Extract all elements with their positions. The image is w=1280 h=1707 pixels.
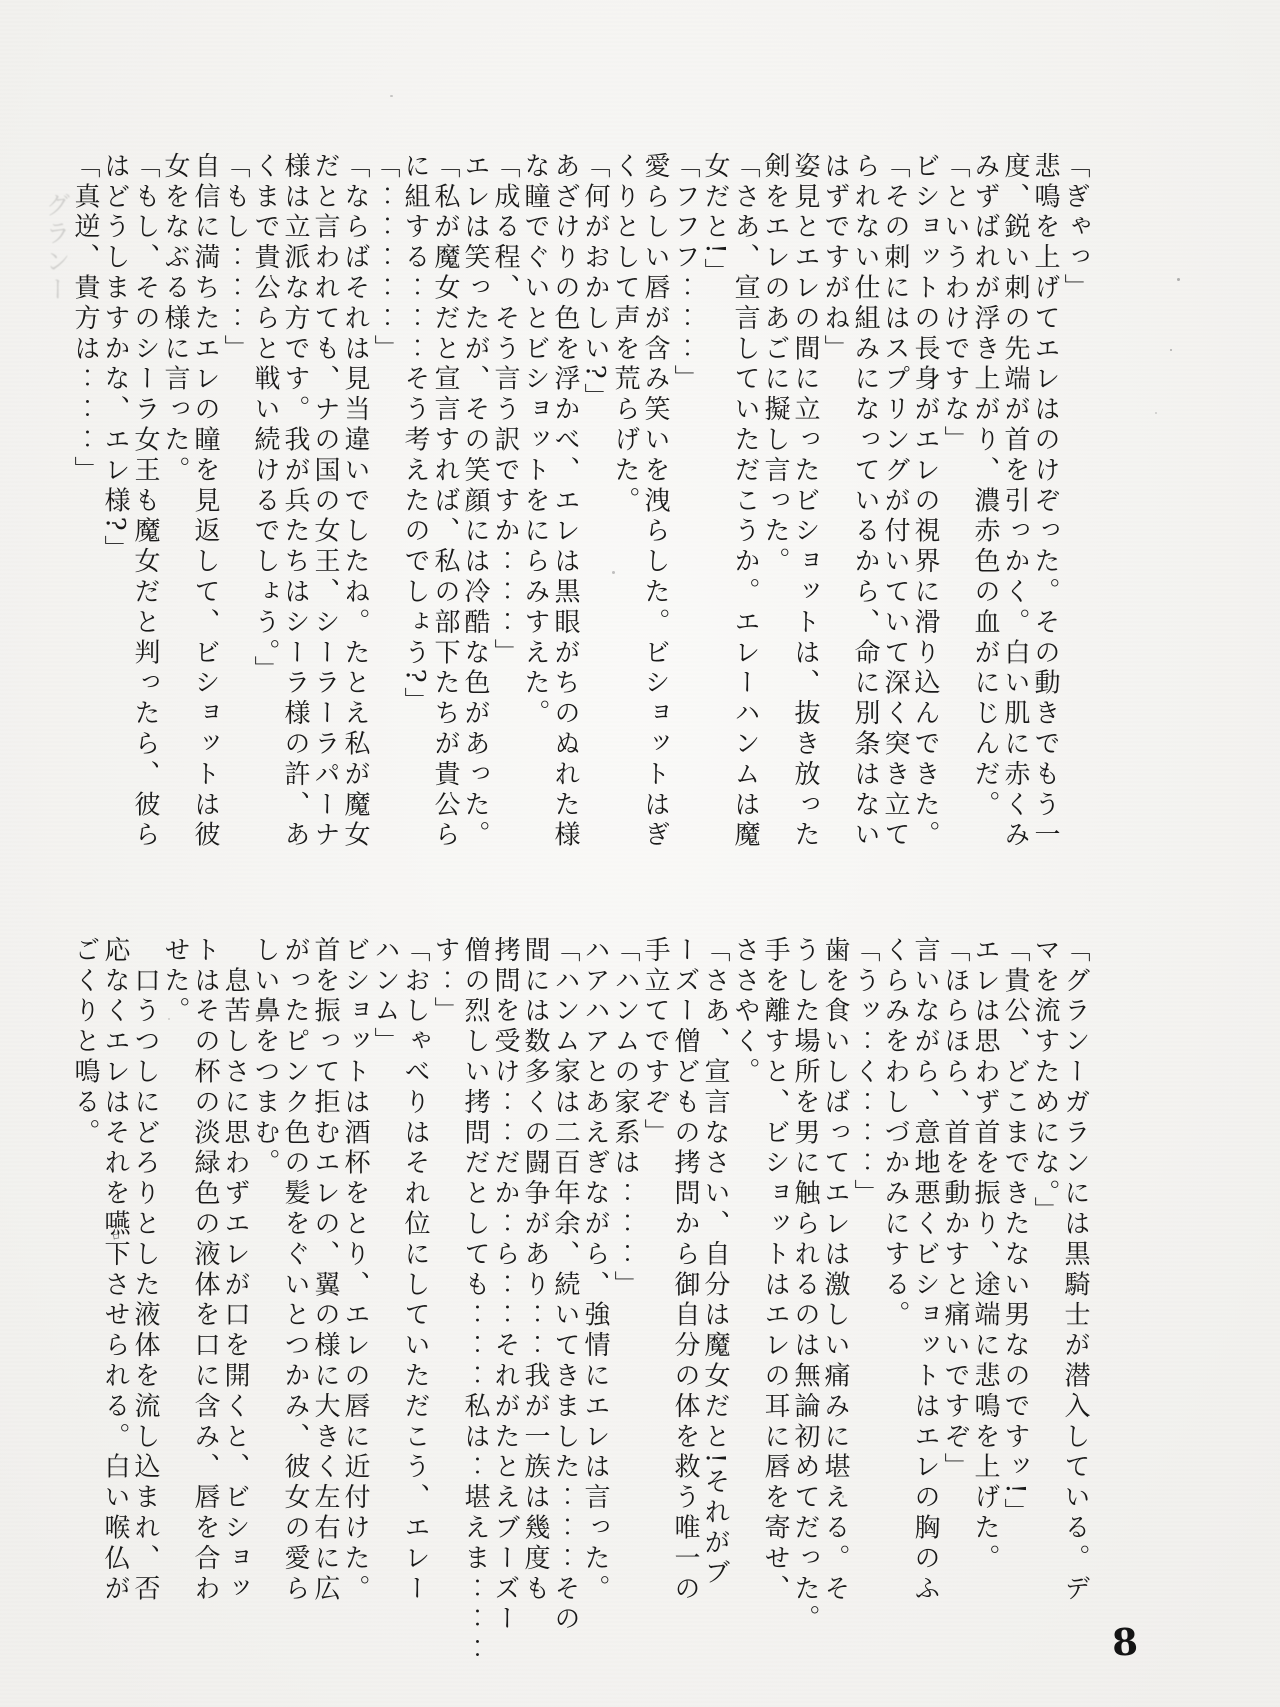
text-column: 「ほらほら、首を動かすと痛いですぞ」 [940, 936, 970, 1666]
text-column: 女だと!」 [700, 152, 730, 851]
text-column: 姿見とエレの間に立ったビショットは、抜き放った [790, 152, 820, 851]
text-column: がったピンク色の髪をぐいとつかみ、彼女の愛ら [280, 936, 310, 1666]
text-column: 僧の烈しい拷問だとしても︰︰︰私は︰堪えま︰︰︰ [460, 936, 490, 1666]
text-block-bottom: 「グランーガランには黒騎士が潜入している。デマを流すためにな。」「貴公、どこまで… [70, 936, 1090, 1666]
text-column: しい鼻をつまむ。 [250, 936, 280, 1666]
text-column: 「ハンム家は二百年余、続いてきました︰︰︰その [550, 936, 580, 1666]
text-column: 息苦しさに思わずエレが口を開くと、ビショッ [220, 936, 250, 1666]
text-column: に組する︰︰︰そう考えたのでしょう?」 [400, 152, 430, 851]
text-column: 「さあ、宣言なさい、自分は魔女だと!それがブ [700, 936, 730, 1666]
scan-speck [168, 1018, 170, 1020]
scan-speck [1155, 412, 1157, 414]
text-column: だと言われても、ナの国の女王、シーラーラパーナ [310, 152, 340, 851]
text-column: ささやく。 [730, 936, 760, 1666]
text-column: 歯を食いしばってエレは激しい痛みに堪える。そ [820, 936, 850, 1666]
text-column: す︰」 [430, 936, 460, 1666]
text-column: 「おしゃべりはそれ位にしていただこう、エレー [400, 936, 430, 1666]
text-column: 応なくエレはそれを嚥下させられる。白い喉仏が [100, 936, 130, 1666]
text-column: 首を振って拒むエレの、翼の様に大きく左右に広 [310, 936, 340, 1666]
text-column: 「さあ、宣言していただこうか。エレーハンムは魔 [730, 152, 760, 851]
text-column: 「ならばそれは見当違いでしたね。たとえ私が魔女 [340, 152, 370, 851]
text-column: ーズー僧どもの拷問から御自分の体を救う唯一の [670, 936, 700, 1666]
scan-speck [842, 1495, 844, 1498]
text-column: 様は立派な方です。我が兵たちはシーラ様の許、あ [280, 152, 310, 851]
text-column: くまで貴公らと戦い続けるでしょう。」 [250, 152, 280, 851]
text-column: ハンム」 [370, 936, 400, 1666]
text-column: 「真逆、貴方は︰︰︰」 [70, 152, 100, 851]
text-column: な瞳でぐいとビショットをにらみすえた。 [520, 152, 550, 851]
text-column: 言いながら、意地悪くビショットはエレの胸のふ [910, 936, 940, 1666]
text-column: トはその杯の淡緑色の液体を口に含み、唇を合わ [190, 936, 220, 1666]
text-column: ハアハアとあえぎながら、強情にエレは言った。 [580, 936, 610, 1666]
text-column: 悲鳴を上げてエレはのけぞった。その動きでもう一 [1030, 152, 1060, 851]
scan-speck [390, 95, 393, 97]
text-column: 「というわけですな」 [940, 152, 970, 851]
text-column: ごくりと鳴る。 [70, 936, 100, 1666]
text-column: 間には数多くの闘争があり︰︰我が一族は幾度も [520, 936, 550, 1666]
text-column: 女をなぶる様に言った。 [160, 152, 190, 851]
text-column: 愛らしい唇が含み笑いを洩らした。ビショットはぎ [640, 152, 670, 851]
text-column: くりとして声を荒らげた。 [610, 152, 640, 851]
text-column: 手立てですぞ」 [640, 936, 670, 1666]
scan-speck [1170, 349, 1172, 351]
text-column: 剣をエレのあごに擬し言った。 [760, 152, 790, 851]
text-column: 拷問を受け︰︰だか︰ら︰︰それがたとえブーズー [490, 936, 520, 1666]
text-column: 「︰︰︰︰︰」 [370, 152, 400, 851]
text-column: 手を離すと、ビショットはエレの耳に唇を寄せ、 [760, 936, 790, 1666]
text-column: 「何がおかしい?」 [580, 152, 610, 851]
text-column: せた。 [160, 936, 190, 1666]
text-column: 「グランーガランには黒騎士が潜入している。デ [1060, 936, 1090, 1666]
scan-speck [612, 571, 615, 574]
scan-speck [1177, 278, 1180, 281]
text-column: はどうしますかな、エレ様?」 [100, 152, 130, 851]
text-column: うした場所を男に触られるのは無論初めてだった。 [790, 936, 820, 1666]
text-column: 「ハンムの家系は︰︰︰」 [610, 936, 640, 1666]
text-column: られない仕組みになっているから、命に別条はない [850, 152, 880, 851]
ghost-offset-print: グランー [42, 192, 70, 304]
text-column: 「もし、そのシーラ女王も魔女だと判ったら、彼ら [130, 152, 160, 851]
text-column: エレは笑ったが、その笑顔には冷酷な色があった。 [460, 152, 490, 851]
text-column: 自信に満ちたエレの瞳を見返して、ビショットは彼 [190, 152, 220, 851]
text-column: 口うつしにどろりとした液体を流し込まれ、否 [130, 936, 160, 1666]
text-column: 「貴公、どこまできたない男なのですッ!」 [1000, 936, 1030, 1666]
text-column: 「うッ︰く︰︰︰」 [850, 936, 880, 1666]
text-column: 「フフフ︰︰︰」 [670, 152, 700, 851]
text-column: くらみをわしづかみにする。 [880, 936, 910, 1666]
text-column: 「成る程、そう言う訳ですか︰︰︰」 [490, 152, 520, 851]
text-block-top: 「ぎゃっ」悲鳴を上げてエレはのけぞった。その動きでもう一度、鋭い刺の先端が首を引… [70, 152, 1090, 851]
text-column: 「ぎゃっ」 [1060, 152, 1090, 851]
text-column: エレは思わず首を振り、途端に悲鳴を上げた。 [970, 936, 1000, 1666]
text-column: マを流すためにな。」 [1030, 936, 1060, 1666]
text-column: ビショットは酒杯をとり、エレの唇に近付けた。 [340, 936, 370, 1666]
text-column: はずですがね」 [820, 152, 850, 851]
text-column: 「私が魔女だと宣言すれば、私の部下たちが貴公ら [430, 152, 460, 851]
text-column: 「その刺にはスプリングが付いていて深く突き立て [880, 152, 910, 851]
text-column: あざけりの色を浮かべ、エレは黒眼がちのぬれた様 [550, 152, 580, 851]
page-number: 8 [1111, 1619, 1139, 1664]
handwritten-correction-mark: ロ [110, 1228, 122, 1244]
text-column: みずばれが浮き上がり、濃赤色の血がにじんだ。 [970, 152, 1000, 851]
text-column: ビショットの長身がエレの視界に滑り込んできた。 [910, 152, 940, 851]
text-column: 度、鋭い刺の先端が首を引っかく。白い肌に赤くみ [1000, 152, 1030, 851]
text-column: 「もし︰︰︰」 [220, 152, 250, 851]
scanned-novel-page: { "page_number": "8", "ghost_text": "グラン… [0, 0, 1280, 1707]
